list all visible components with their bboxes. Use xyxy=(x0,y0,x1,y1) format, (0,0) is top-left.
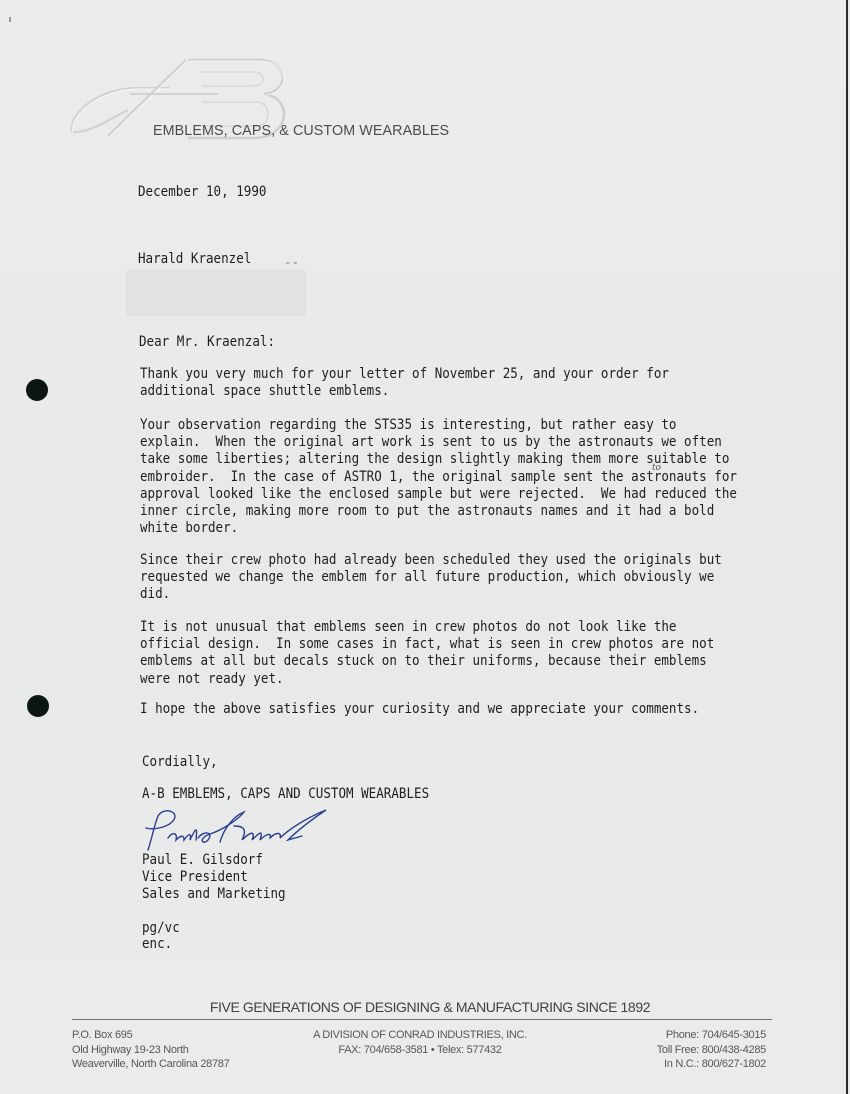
letter-date: December 10, 1990 xyxy=(138,183,266,200)
signer-department: Sales and Marketing xyxy=(142,885,286,902)
typist-initials: pg/vc xyxy=(142,919,180,936)
division-line-2: FAX: 704/658-3581 • Telex: 577432 xyxy=(240,1043,600,1058)
hole-punch-top xyxy=(26,379,48,401)
signer-title: Vice President xyxy=(142,868,248,885)
letter-page: EMBLEMS, CAPS, & CUSTOM WEARABLES Decemb… xyxy=(0,0,848,1094)
footer-divider xyxy=(72,1019,772,1020)
paragraph-1: Thank you very much for your letter of N… xyxy=(140,365,669,399)
recipient-mark: -- xyxy=(284,254,299,271)
footer-address: P.O. Box 695 Old Highway 19-23 North Wea… xyxy=(72,1028,229,1072)
address-line-1: P.O. Box 695 xyxy=(72,1028,229,1043)
handwritten-insert: to xyxy=(652,463,661,473)
footer-division: A DIVISION OF CONRAD INDUSTRIES, INC. FA… xyxy=(240,1028,600,1057)
paragraph-5: I hope the above satisfies your curiosit… xyxy=(140,700,699,717)
signer-name: Paul E. Gilsdorf xyxy=(142,851,263,868)
phone-line-2: Toll Free: 800/438-4285 xyxy=(657,1043,766,1058)
recipient-name: Harald Kraenzel xyxy=(138,250,251,267)
redacted-address-block xyxy=(126,270,306,316)
paper-speck xyxy=(9,17,11,22)
salutation: Dear Mr. Kraenzal: xyxy=(139,333,275,350)
paragraph-4: It is not unusual that emblems seen in c… xyxy=(140,618,714,687)
division-line-1: A DIVISION OF CONRAD INDUSTRIES, INC. xyxy=(240,1028,600,1043)
paragraph-2: Your observation regarding the STS35 is … xyxy=(140,416,737,536)
address-line-3: Weaverville, North Carolina 28787 xyxy=(72,1057,229,1072)
phone-line-3: In N.C.: 800/627-1802 xyxy=(657,1057,766,1072)
letterhead-tagline: EMBLEMS, CAPS, & CUSTOM WEARABLES xyxy=(153,123,449,139)
company-signoff: A-B EMBLEMS, CAPS AND CUSTOM WEARABLES xyxy=(142,785,429,802)
paragraph-3: Since their crew photo had already been … xyxy=(140,551,722,603)
address-line-2: Old Highway 19-23 North xyxy=(72,1043,229,1058)
footer-slogan: FIVE GENERATIONS OF DESIGNING & MANUFACT… xyxy=(0,999,848,1015)
phone-line-1: Phone: 704/645-3015 xyxy=(657,1028,766,1043)
closing: Cordially, xyxy=(142,753,218,770)
hole-punch-bottom xyxy=(27,695,49,717)
enclosure-note: enc. xyxy=(142,935,172,952)
footer-phones: Phone: 704/645-3015 Toll Free: 800/438-4… xyxy=(657,1028,766,1072)
